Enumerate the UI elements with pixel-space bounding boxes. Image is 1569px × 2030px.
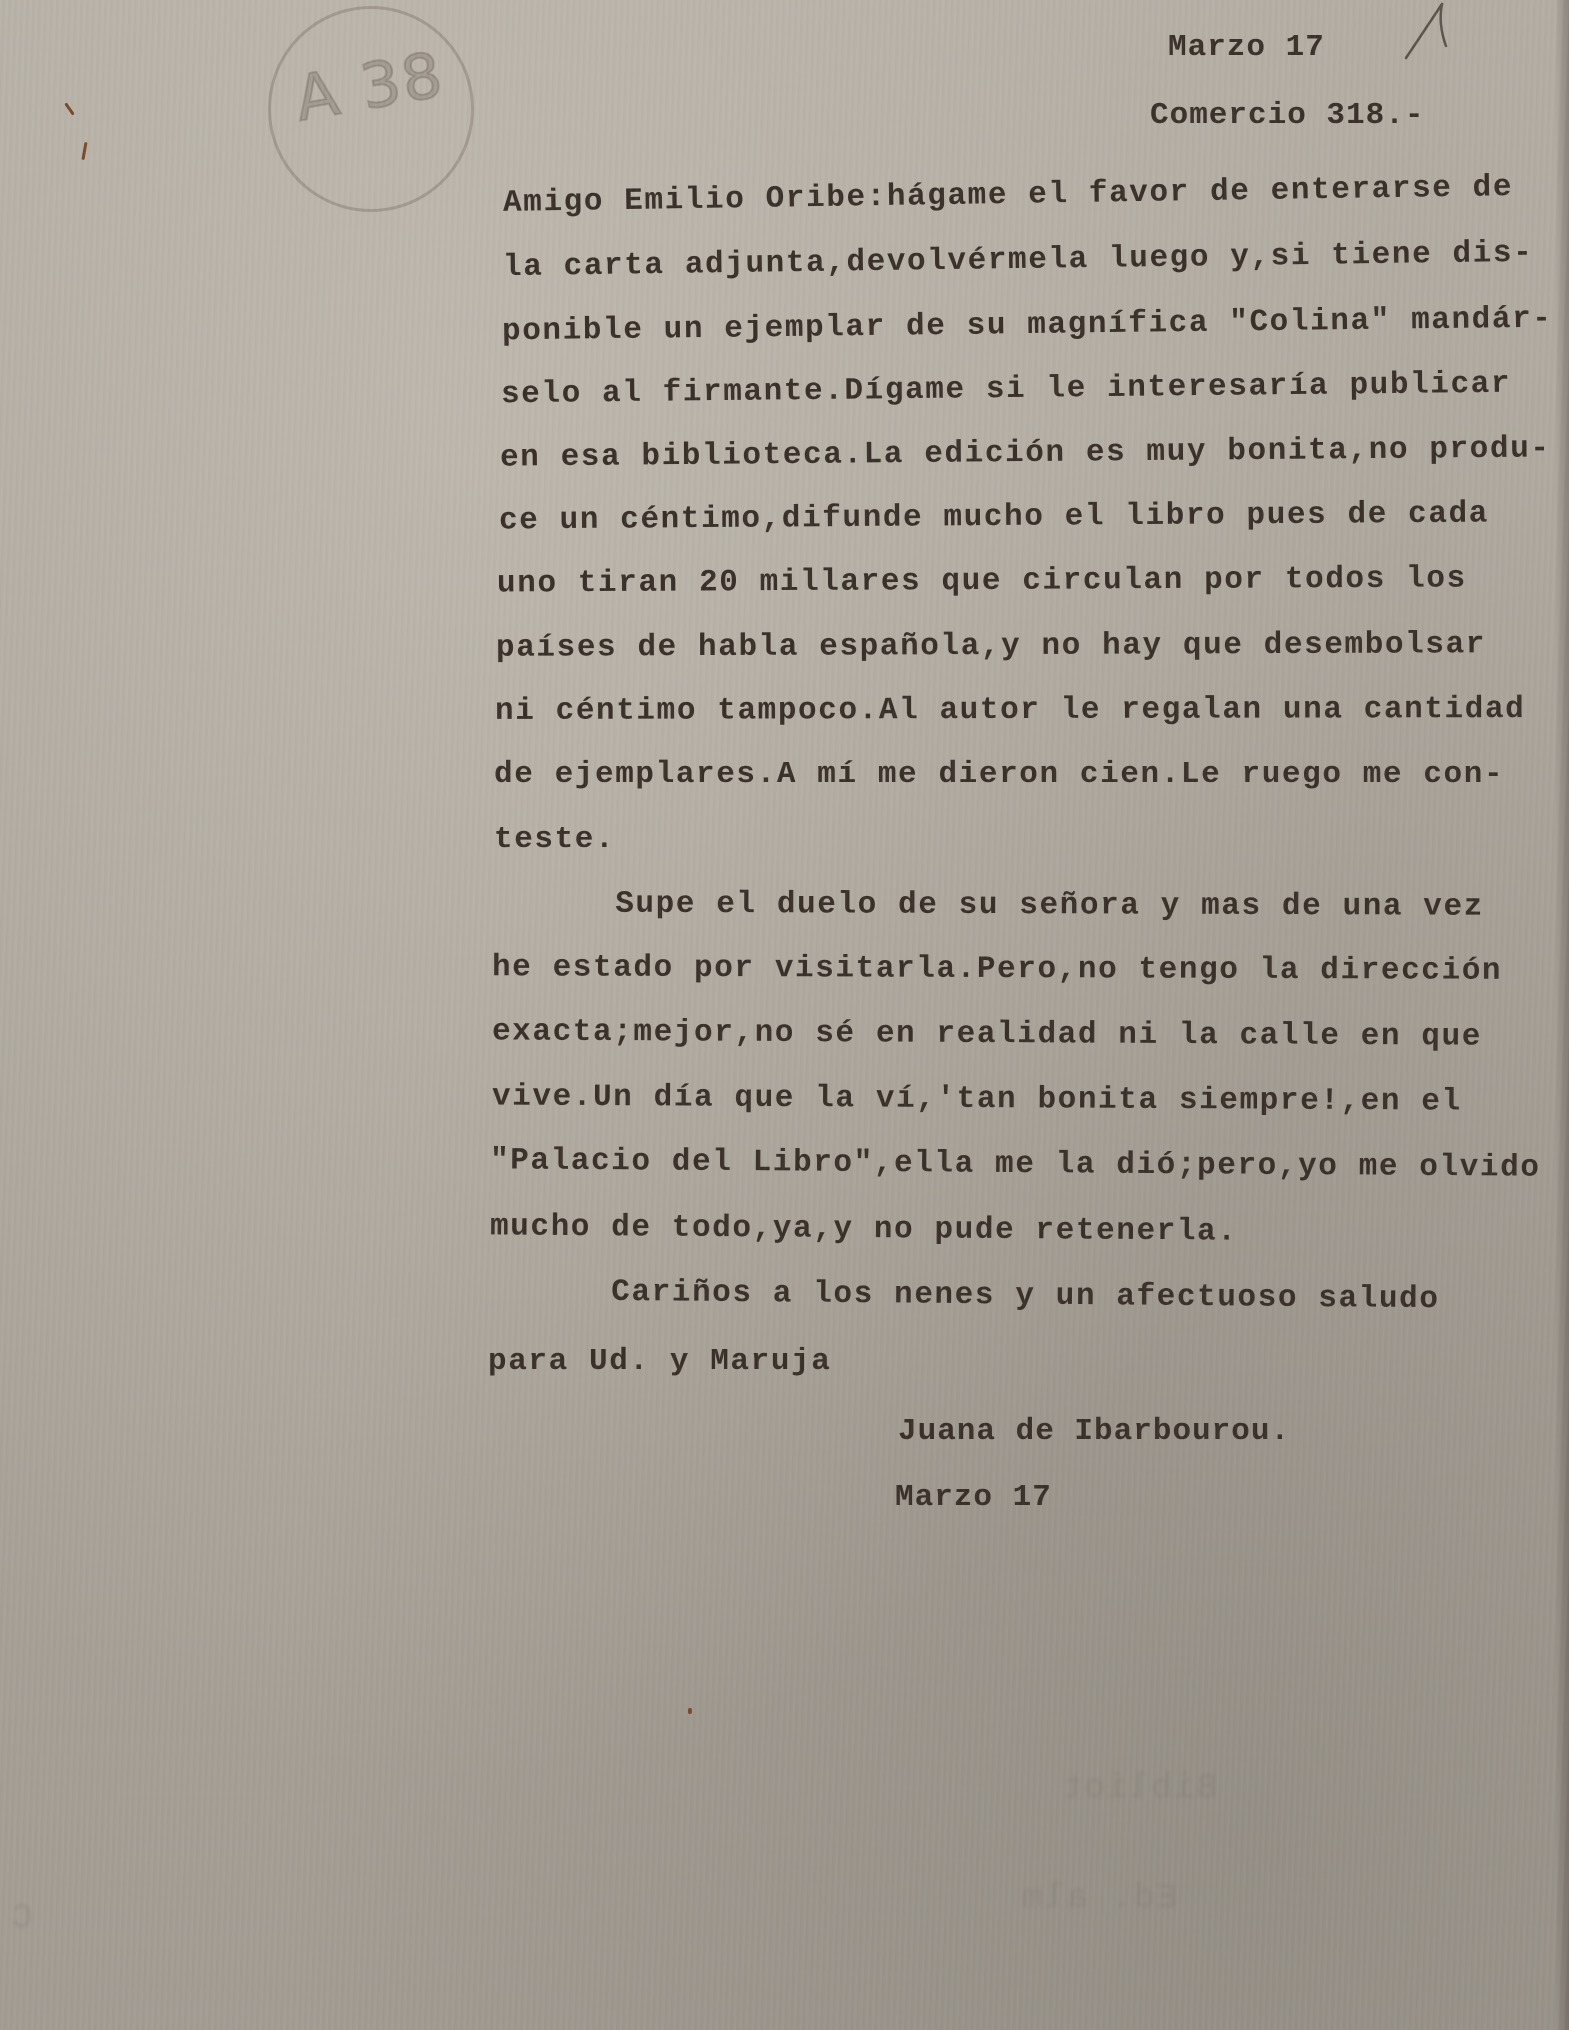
bleed-through-text: C: [10, 1900, 32, 1938]
body-line: Supe el duelo de su señora y mas de una …: [494, 886, 1484, 924]
body-line: para Ud. y Maruja: [488, 1344, 831, 1379]
body-line: ce un céntimo,difunde mucho el libro pue…: [499, 497, 1489, 539]
signature: Juana de Ibarbourou.: [898, 1414, 1290, 1449]
body-line: he estado por visitarla.Pero,no tengo la…: [492, 950, 1502, 989]
body-line: de ejemplares.A mí me dieron cien.Le rue…: [494, 757, 1504, 792]
bleed-through-text: Bibliot: [1060, 1770, 1217, 1808]
body-line: "Palacio del Libro",ella me la dió;pero,…: [490, 1143, 1541, 1185]
bleed-through-text: Ed. alm: [1020, 1880, 1177, 1918]
closing-date: Marzo 17: [895, 1480, 1052, 1515]
header-date: Marzo 17: [1168, 30, 1325, 65]
body-line: uno tiran 20 millares que circulan por t…: [497, 561, 1467, 601]
body-line: países de habla española,y no hay que de…: [496, 627, 1486, 665]
body-line: ponible un ejemplar de su magnífica "Col…: [502, 302, 1553, 350]
header-address: Comercio 318.-: [1150, 98, 1424, 133]
body-line: ni céntimo tampoco.Al autor le regalan u…: [495, 692, 1525, 729]
letter-page: A 38 Bibliot Ed. alm C Marzo 17 Comercio…: [0, 0, 1569, 2030]
body-line: Amigo Emilio Oribe:hágame el favor de en…: [503, 170, 1514, 221]
body-line: en esa biblioteca.La edición es muy boni…: [500, 431, 1551, 475]
body-line: teste.: [494, 822, 615, 857]
stray-ink-dot: [688, 1708, 692, 1714]
stray-ink-mark: [81, 142, 87, 160]
page-edge-shadow: [1555, 0, 1569, 2030]
body-line: vive.Un día que la ví,'tan bonita siempr…: [492, 1079, 1462, 1119]
body-line: exacta;mejor,no sé en realidad ni la cal…: [492, 1014, 1482, 1054]
body-line: la carta adjunta,devolvérmela luego y,si…: [503, 236, 1534, 285]
body-line: Cariños a los nenes y un afectuoso salud…: [490, 1274, 1440, 1317]
stray-ink-mark: [64, 102, 74, 115]
body-line: selo al firmante.Dígame si le interesarí…: [501, 367, 1511, 413]
body-line: mucho de todo,ya,y no pude retenerla.: [490, 1209, 1238, 1249]
pencil-annotation-icon: [1398, 0, 1458, 62]
